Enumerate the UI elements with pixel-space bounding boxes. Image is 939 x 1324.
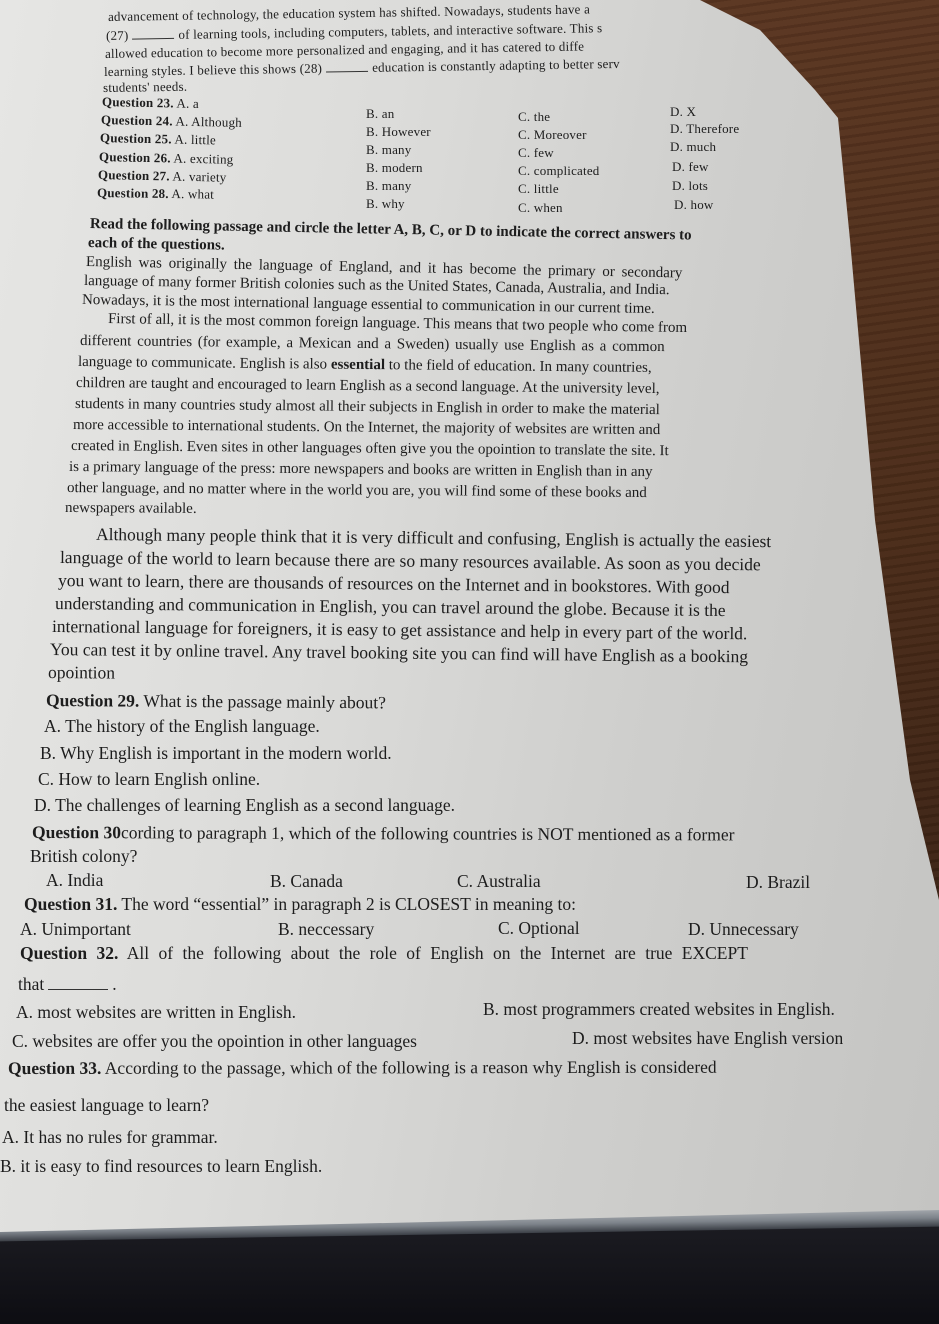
keyword-essential: essential <box>331 357 385 374</box>
q30-option-d: D. Brazil <box>746 872 810 893</box>
blank-27-label: (27) <box>106 28 129 43</box>
question-32-cont: that. <box>18 974 117 995</box>
q31-option-a: A. Unimportant <box>20 919 131 940</box>
passage-p2-line-9: other language, and no matter where in t… <box>67 480 647 502</box>
q23-option-d: D. X <box>670 104 696 120</box>
q27-option-b: B. many <box>366 178 411 194</box>
answer-blank-27 <box>133 38 175 40</box>
q24-option-b: B. However <box>366 124 431 140</box>
question-25: Question 25. A. little <box>100 130 216 148</box>
instruction-line-2: each of the questions. <box>88 235 225 255</box>
passage-p2-line-10: newspapers available. <box>65 500 197 518</box>
q32-option-c: C. websites are offer you the opointion … <box>12 1031 417 1052</box>
q28-option-b: B. why <box>366 196 405 212</box>
q26-option-b: B. modern <box>366 160 423 176</box>
q33-option-a: A. It has no rules for grammar. <box>2 1127 218 1148</box>
q25-option-b: B. many <box>366 142 411 158</box>
question-33-cont: the easiest language to learn? <box>4 1095 209 1116</box>
passage-p3-line-7: opointion <box>48 662 115 684</box>
question-24: Question 24. A. Although <box>101 112 242 131</box>
question-28: Question 28. A. what <box>97 185 214 203</box>
q27-option-d: D. lots <box>672 178 708 194</box>
q29-option-c: C. How to learn English online. <box>38 769 260 790</box>
question-31: Question 31. The word “essential” in par… <box>24 894 576 915</box>
question-32: Question 32. All of the following about … <box>20 943 748 964</box>
q26-option-c: C. complicated <box>518 163 600 179</box>
q31-option-c: C. Optional <box>498 918 580 939</box>
passage-p2-line-6: more accessible to international student… <box>73 417 660 439</box>
q32-option-b: B. most programmers created websites in … <box>483 999 835 1020</box>
question-27: Question 27. A. variety <box>98 167 227 186</box>
question-26: Question 26. A. exciting <box>99 149 234 168</box>
q29-option-a: A. The history of the English language. <box>44 716 320 737</box>
q30-option-c: C. Australia <box>457 871 541 892</box>
q28-option-d: D. how <box>674 197 713 213</box>
q23-option-c: C. the <box>518 109 550 125</box>
answer-blank-28 <box>326 71 368 73</box>
q31-option-d: D. Unnecessary <box>688 919 799 940</box>
q29-option-b: B. Why English is important in the moder… <box>40 743 392 764</box>
q33-option-b: B. it is easy to find resources to learn… <box>0 1156 322 1177</box>
q32-option-d: D. most websites have English version <box>572 1028 843 1049</box>
question-29: Question 29. What is the passage mainly … <box>46 690 386 713</box>
answer-blank-32 <box>48 989 108 990</box>
passage-p2-line-3: language to communicate. English is also… <box>78 354 652 377</box>
passage-p3-line-6: You can test it by online travel. Any tr… <box>50 639 748 667</box>
q23-option-b: B. an <box>366 106 394 122</box>
q31-option-b: B. neccessary <box>278 919 374 940</box>
q24-option-d: D. Therefore <box>670 121 739 137</box>
q24-option-c: C. Moreover <box>518 127 587 143</box>
passage-p2-line-5: students in many countries study almost … <box>75 396 660 419</box>
worksheet-page: advancement of technology, the education… <box>0 0 939 1240</box>
passage-p2-line-4: children are taught and encouraged to le… <box>76 375 660 398</box>
q30-option-a: A. India <box>46 870 103 891</box>
q26-option-d: D. few <box>672 159 709 175</box>
question-30-cont: British colony? <box>30 846 137 867</box>
q28-option-c: C. when <box>518 200 563 216</box>
q30-option-b: B. Canada <box>270 871 343 892</box>
q29-option-d: D. The challenges of learning English as… <box>34 795 455 816</box>
q27-option-c: C. little <box>518 181 559 197</box>
passage-p2-line-7: created in English. Even sites in other … <box>71 438 669 460</box>
q25-option-d: D. much <box>670 139 716 155</box>
passage-p2-line-8: is a primary language of the press: more… <box>69 459 653 481</box>
question-30: Question 30cording to paragraph 1, which… <box>32 822 735 845</box>
question-23: Question 23. A. a <box>102 94 199 112</box>
q25-option-c: C. few <box>518 145 554 161</box>
q32-option-a: A. most websites are written in English. <box>16 1002 296 1023</box>
question-33: Question 33. According to the passage, w… <box>8 1057 717 1079</box>
passage-p2-line-2: different countries (for example, a Mexi… <box>80 333 665 356</box>
